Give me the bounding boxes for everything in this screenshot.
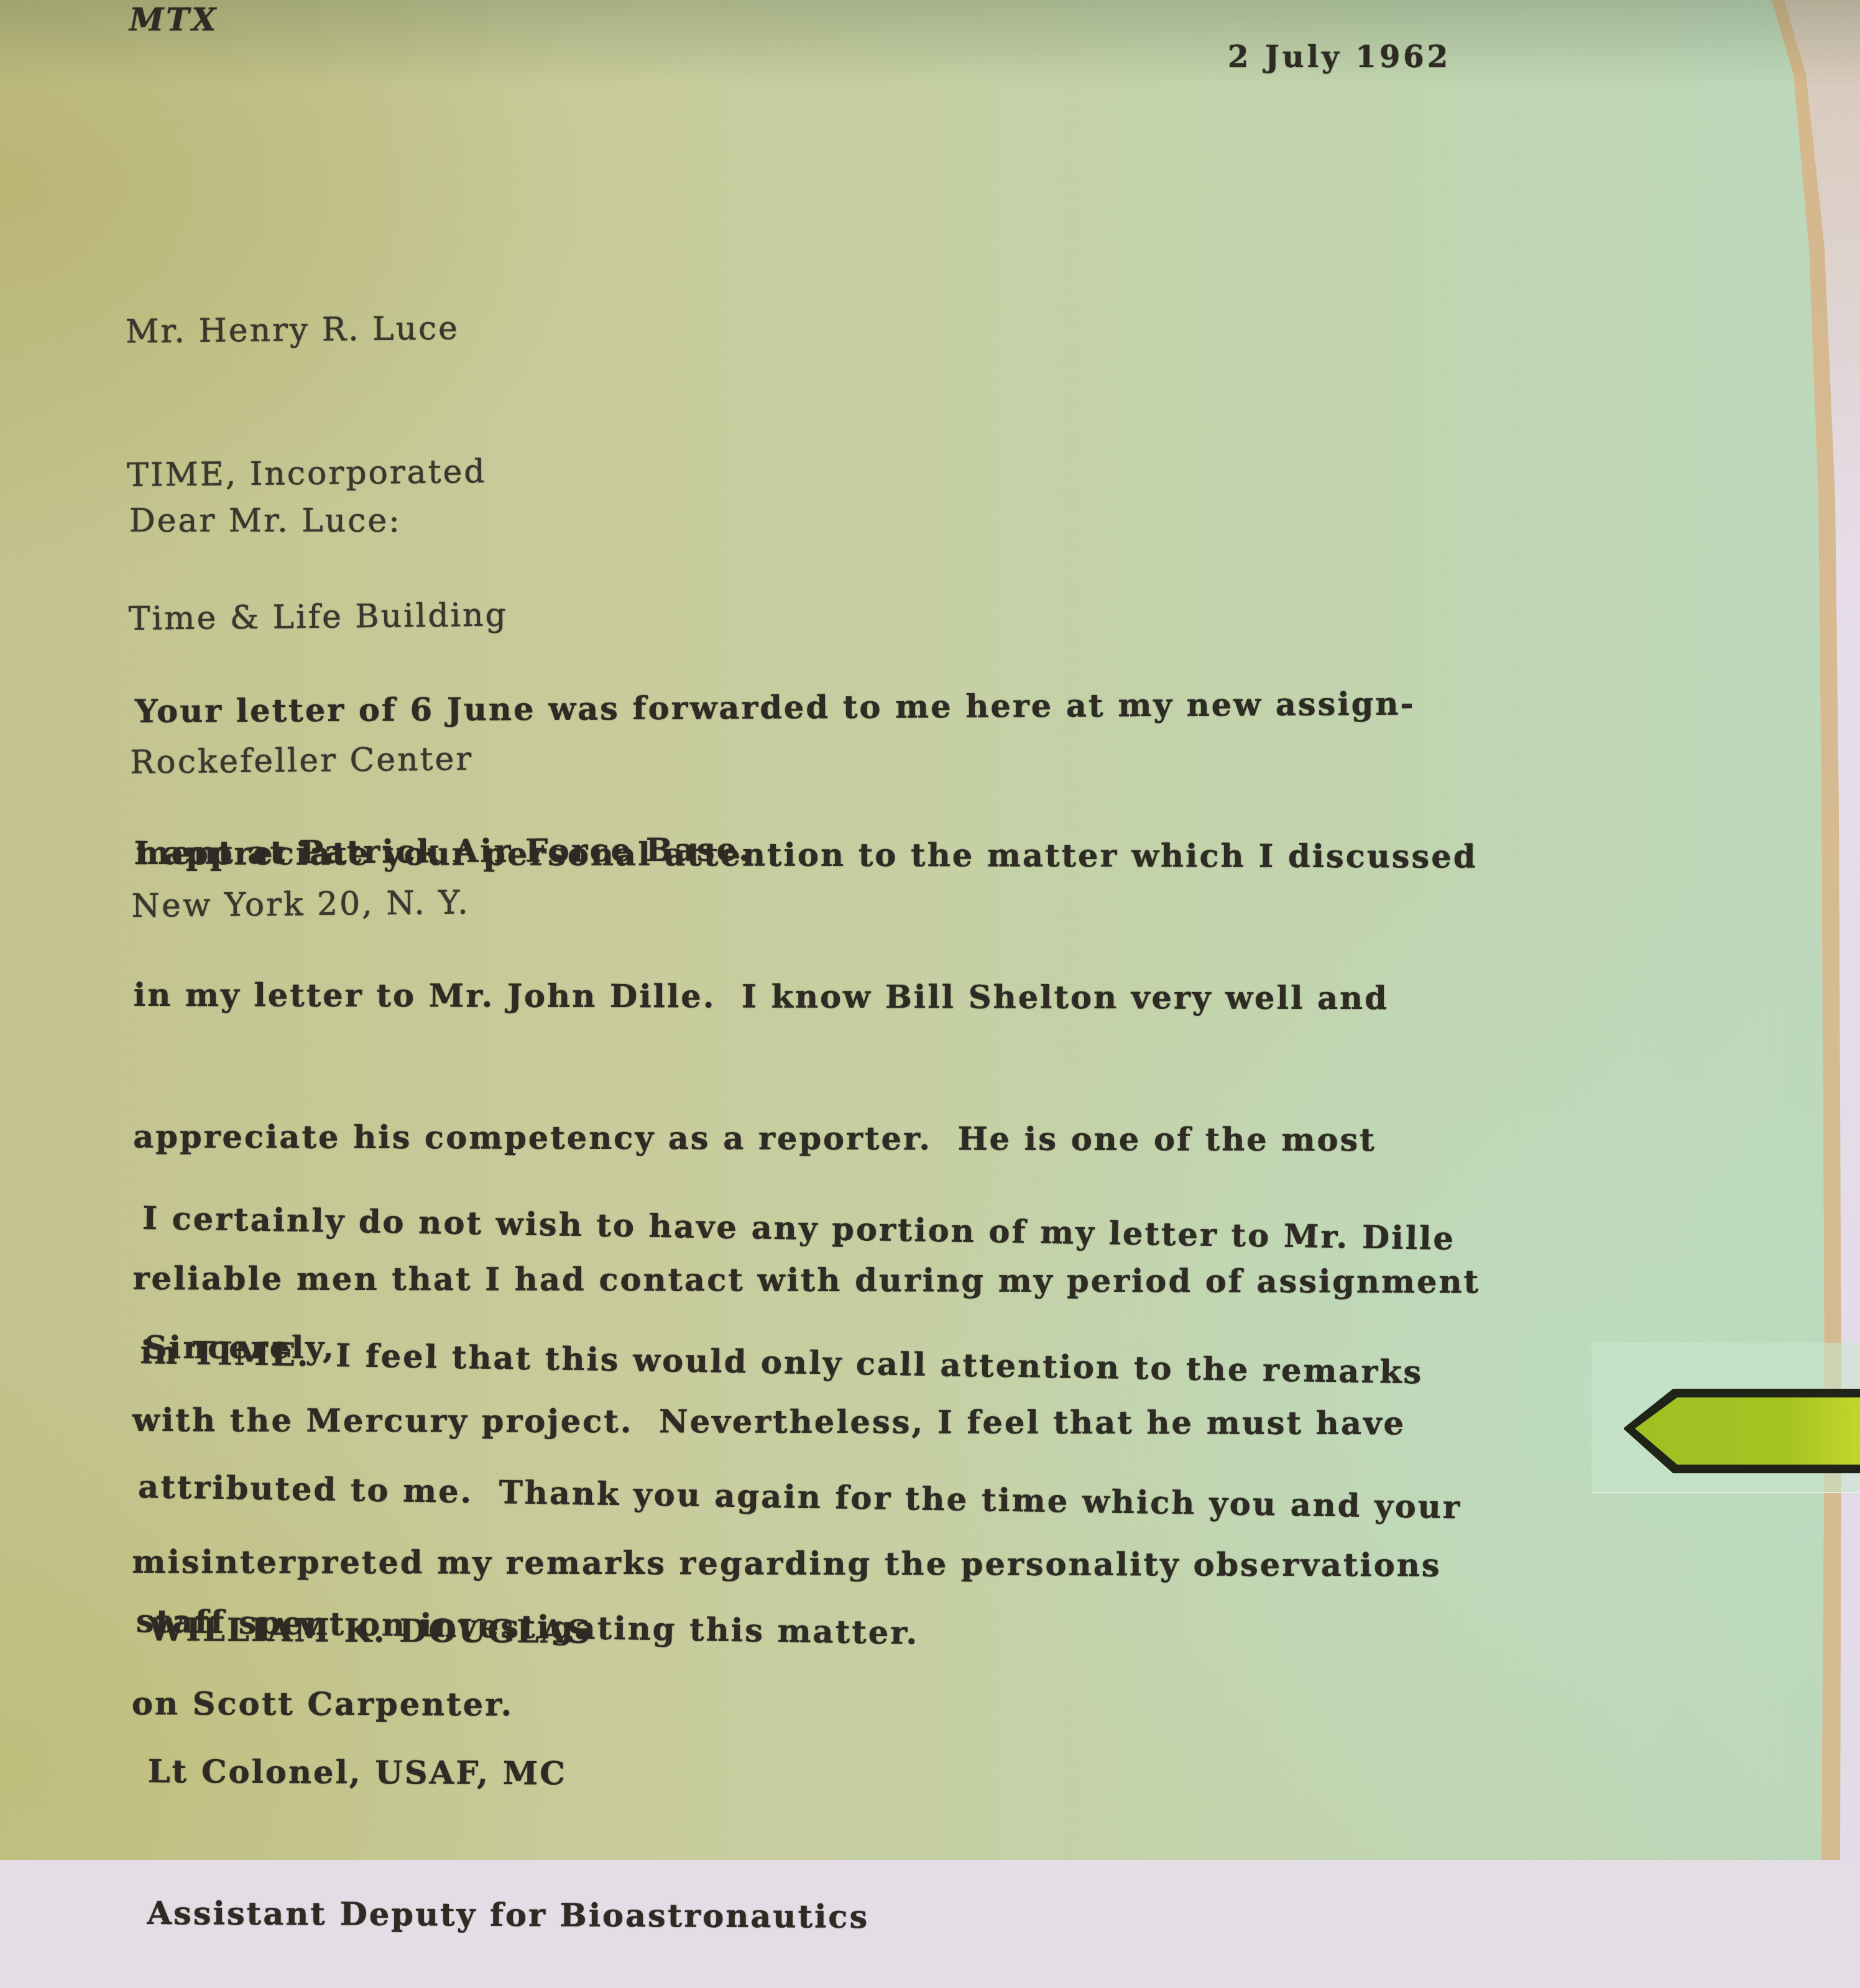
arrow-flag-tab-icon [1623,1385,1860,1477]
paragraph-line: I certainly do not wish to have any port… [142,1196,1466,1261]
paragraph-line: in TIME. I feel that this would only cal… [140,1330,1464,1396]
signer-name: WILLIAM K. DOUGLAS [149,1606,871,1657]
letter-date: 2 July 1962 [1228,40,1451,75]
closing: Sincerely, [144,1329,336,1366]
address-line: TIME, Incorporated [127,448,507,500]
flag-fill [1635,1397,1860,1465]
paragraph-line: in my letter to Mr. John Dille. I know B… [134,972,1481,1023]
signer-rank: Lt Colonel, USAF, MC [148,1748,870,1799]
salutation: Dear Mr. Luce: [129,502,402,540]
signature-block: WILLIAM K. DOUGLAS Lt Colonel, USAF, MC … [147,1512,872,1860]
paragraph-line: I appreciate your personal attention to … [134,830,1481,881]
reference-code: MTX [129,1,218,38]
paragraph-line: Your letter of 6 June was forwarded to m… [135,680,1416,735]
address-line: Mr. Henry R. Luce [126,305,505,356]
